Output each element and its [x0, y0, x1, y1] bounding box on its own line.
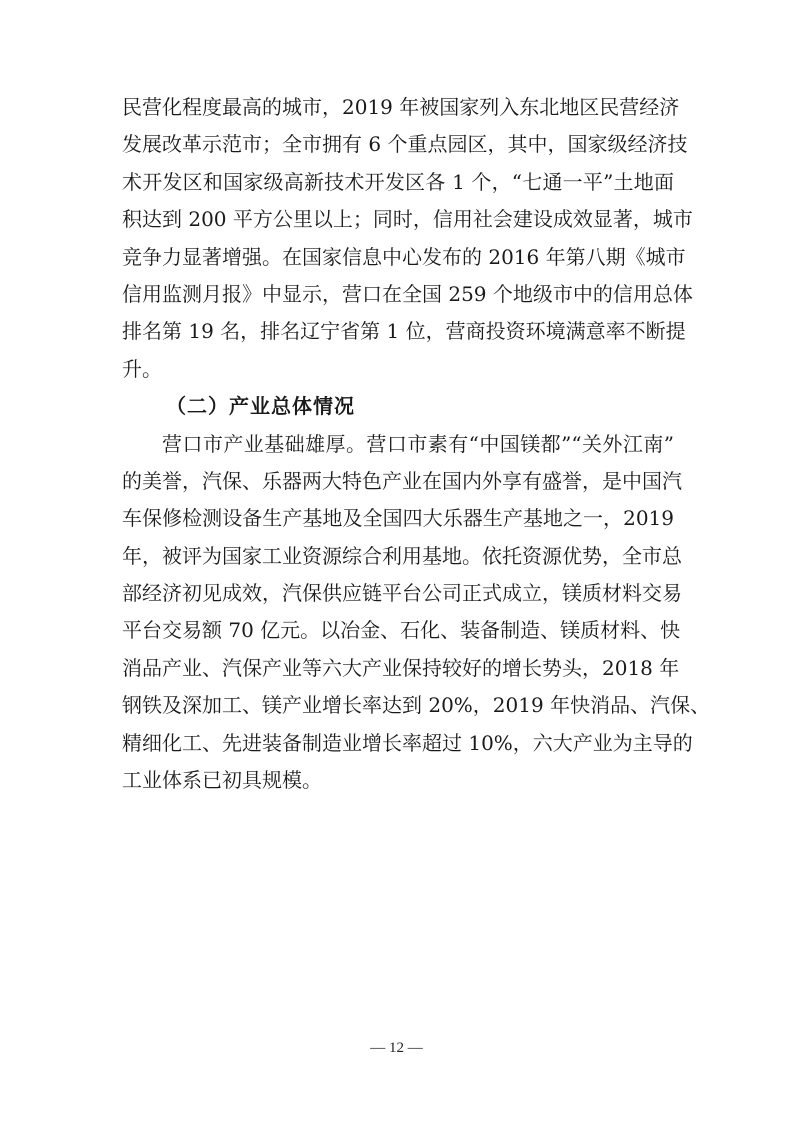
document-page: 民营化程度最高的城市，2019 年被国家列入东北地区民营经济 发展改革示范市；全… — [0, 0, 793, 1122]
text-line: 工业体系已初具规模。 — [122, 762, 674, 799]
text-line: 部经济初见成效，汽保供应链平台公司正式成立，镁质材料交易 — [122, 575, 674, 612]
page-number: — 12 — — [0, 1040, 793, 1057]
text-line: 年，被评为国家工业资源综合利用基地。依托资源优势，全市总 — [122, 538, 674, 575]
text-line: 术开发区和国家级高新技术开发区各 1 个，“七通一平”土地面 — [122, 164, 674, 201]
text-line: 信用监测月报》中显示，营口在全国 259 个地级市中的信用总体 — [122, 276, 674, 313]
text-line: 的美誉，汽保、乐器两大特色产业在国内外享有盛誉，是中国汽 — [122, 463, 674, 500]
text-line: 排名第 19 名，排名辽宁省第 1 位，营商投资环境满意率不断提 — [122, 313, 674, 350]
page-content: 民营化程度最高的城市，2019 年被国家列入东北地区民营经济 发展改革示范市；全… — [122, 89, 674, 799]
text-line: 发展改革示范市；全市拥有 6 个重点园区，其中，国家级经济技 — [122, 126, 674, 163]
paragraph-industry-overview: 营口市产业基础雄厚。营口市素有“中国镁都”“关外江南” 的美誉，汽保、乐器两大特… — [122, 426, 674, 800]
text-line: 平台交易额 70 亿元。以冶金、石化、装备制造、镁质材料、快 — [122, 612, 674, 649]
text-line: 营口市产业基础雄厚。营口市素有“中国镁都”“关外江南” — [122, 426, 674, 463]
text-line: 精细化工、先进装备制造业增长率超过 10%，六大产业为主导的 — [122, 725, 674, 762]
paragraph-credit-and-environment: 民营化程度最高的城市，2019 年被国家列入东北地区民营经济 发展改革示范市；全… — [122, 89, 674, 388]
text-line: 竞争力显著增强。在国家信息中心发布的 2016 年第八期《城市 — [122, 239, 674, 276]
text-line: 车保修检测设备生产基地及全国四大乐器生产基地之一，2019 — [122, 500, 674, 537]
text-line: 积达到 200 平方公里以上；同时，信用社会建设成效显著，城市 — [122, 201, 674, 238]
section-heading: （二）产业总体情况 — [122, 388, 674, 425]
text-line: 升。 — [122, 351, 674, 388]
text-line: 消品产业、汽保产业等六大产业保持较好的增长势头，2018 年 — [122, 650, 674, 687]
text-line: 民营化程度最高的城市，2019 年被国家列入东北地区民营经济 — [122, 89, 674, 126]
text-line: 钢铁及深加工、镁产业增长率达到 20%，2019 年快消品、汽保、 — [122, 687, 674, 724]
